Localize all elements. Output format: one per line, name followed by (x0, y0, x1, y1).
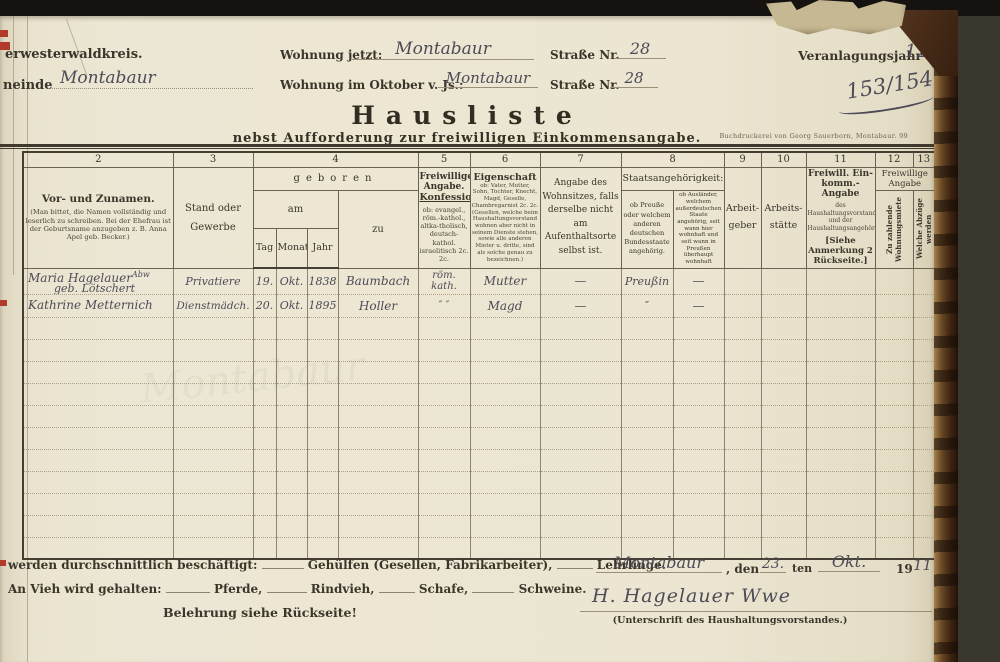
col-number: 13 (913, 152, 934, 167)
table-cell-empty (673, 383, 724, 405)
table-cell-empty (276, 427, 307, 449)
table-cell-empty (724, 471, 761, 493)
cell-miete (875, 294, 913, 317)
table-cell-empty (307, 405, 338, 427)
table-cell-empty (307, 449, 338, 471)
cell-abzuege (913, 268, 934, 294)
municipality-label: neinde (3, 78, 52, 93)
table-row-empty (23, 339, 934, 361)
table-cell-empty (418, 449, 470, 471)
table-cell-empty (724, 493, 761, 515)
einkommen-note: des Haushaltungsvorstandes und der Haush… (808, 202, 874, 232)
signature-line (580, 611, 932, 612)
table-cell-empty (23, 449, 173, 471)
signature-label: (Unterschrift des Haushaltungsvorstandes… (580, 615, 880, 626)
signature-value: H. Hagelauer Wwe (592, 585, 791, 607)
table-cell-empty (470, 383, 540, 405)
table-cell-empty (253, 449, 276, 471)
table-cell-empty (276, 493, 307, 515)
table-row-empty (23, 537, 934, 559)
table-cell-empty (418, 383, 470, 405)
names-note: (Man bittet, die Namen vollständig und l… (25, 208, 172, 242)
header-miete: Zu zahlende Wohnungsmiete (875, 190, 913, 268)
table-cell-empty (724, 405, 761, 427)
konfession-line1: Freiwillige Angabe. (420, 172, 469, 192)
footer-line2-label: An Vieh wird gehalten: (8, 582, 162, 596)
footer-notice: Belehrung siehe Rückseite! (140, 605, 380, 620)
table-cell-empty (724, 361, 761, 383)
table-cell-empty (173, 339, 253, 361)
table-cell-empty (673, 471, 724, 493)
header-born-place: zu (338, 190, 418, 268)
table-cell-empty (621, 383, 673, 405)
table-cell-empty (253, 339, 276, 361)
table-cell-empty (338, 427, 418, 449)
table-cell-empty (621, 449, 673, 471)
hausliste-table: 2 3 4 5 6 7 8 9 10 11 12 13 Vor- und Zun… (22, 151, 934, 560)
table-cell-empty (806, 493, 875, 515)
table-cell-empty (23, 537, 173, 559)
date-place-value: Montabaur (596, 553, 722, 573)
table-cell-empty (307, 361, 338, 383)
table-cell-empty (761, 471, 806, 493)
cover-texture (934, 8, 958, 662)
date-ten-label: ten (792, 562, 812, 575)
table-row-empty (23, 515, 934, 537)
table-cell-empty (540, 493, 621, 515)
table-cell-empty (806, 339, 875, 361)
cell-arbeitsstaette (761, 268, 806, 294)
table-cell-empty (875, 317, 913, 339)
table-cell-empty (806, 427, 875, 449)
table-cell-empty (23, 317, 173, 339)
cell-staat2: — (673, 268, 724, 294)
blank-field (267, 583, 307, 593)
blank-field (262, 559, 304, 569)
table-cell-empty (23, 427, 173, 449)
table-cell-empty (673, 427, 724, 449)
abzuege-vertical-label: Welche Abzüge werden beansprucht? (915, 192, 935, 266)
table-cell-empty (913, 383, 934, 405)
date-day-value: 23. (760, 556, 786, 573)
table-cell-empty (913, 405, 934, 427)
eigenschaft-title: Eigenschaft (472, 172, 539, 183)
col-number: 2 (23, 152, 173, 167)
header-day: Tag (253, 228, 276, 268)
table-cell-empty (338, 317, 418, 339)
table-cell-empty (673, 515, 724, 537)
table-cell-empty (23, 339, 173, 361)
date-den-label: , den (726, 562, 759, 576)
eigenschaft-note2: (Gesellen, welche beim Haushaltungsvorst… (472, 210, 539, 264)
table-cell-empty (621, 427, 673, 449)
table-cell-empty (470, 493, 540, 515)
table-cell-empty (470, 317, 540, 339)
header-eigenschaft: Eigenschaft ob: Vater, Mutter, Sohn, Toc… (470, 167, 540, 268)
cell-staat1: ″ (621, 294, 673, 317)
table-cell-empty (621, 317, 673, 339)
cell-day: 20. (253, 294, 276, 317)
table-cell-empty (913, 317, 934, 339)
table-body: Maria HagelauerAbw geb. Lötschert Privat… (23, 268, 934, 559)
cell-month: Okt. (276, 294, 307, 317)
table-cell-empty (418, 317, 470, 339)
street-value-2: 28 (610, 69, 658, 88)
cell-konfession: ″ ″ (418, 294, 470, 317)
table-cell-empty (173, 383, 253, 405)
table-cell-empty (724, 383, 761, 405)
table-cell-empty (540, 427, 621, 449)
table-cell-empty (540, 383, 621, 405)
blank-field (166, 583, 210, 593)
table-cell-empty (673, 317, 724, 339)
name-annotation: Abw (132, 270, 150, 279)
header-arbeitsstaette: Arbeits-stätte (761, 167, 806, 268)
table-cell-empty (540, 405, 621, 427)
table-cell-empty (276, 383, 307, 405)
table-cell-empty (253, 471, 276, 493)
table-row-empty (23, 449, 934, 471)
footer-line2: An Vieh wird gehalten: Pferde, Rindvieh,… (8, 582, 586, 596)
name-line2: geb. Lötschert (28, 284, 173, 294)
table-cell-empty (875, 493, 913, 515)
table-cell-empty (913, 493, 934, 515)
table-cell-empty (418, 427, 470, 449)
cell-arbeitgeber (724, 294, 761, 317)
table-cell-empty (253, 383, 276, 405)
konfession-note: ob: evangel., röm.-kathol., altka-tholis… (420, 206, 469, 264)
column-number-row: 2 3 4 5 6 7 8 9 10 11 12 13 (23, 152, 934, 167)
table-cell-empty (875, 361, 913, 383)
col-number: 5 (418, 152, 470, 167)
table-cell-empty (724, 427, 761, 449)
table-row-empty (23, 383, 934, 405)
street-label-1: Straße Nr. (550, 48, 620, 62)
header-abzuege: Welche Abzüge werden beansprucht? (913, 190, 934, 268)
header-freiwillige-group: Freiwillige Angabe (875, 167, 934, 190)
table-cell-empty (761, 427, 806, 449)
header-row-groups: Vor- und Zunamen. (Man bittet, die Namen… (23, 167, 934, 190)
table-cell-empty (540, 471, 621, 493)
street-value-1: 28 (614, 39, 666, 59)
table-cell-empty (875, 449, 913, 471)
table-cell-empty (470, 361, 540, 383)
table-cell-empty (418, 339, 470, 361)
table-cell-empty (253, 493, 276, 515)
table-cell-empty (276, 317, 307, 339)
table-row-empty (23, 405, 934, 427)
table-row-empty (23, 471, 934, 493)
cell-place: Holler (338, 294, 418, 317)
header-staat-sub2: ob Ausländer, welchem außerdeutschen Sta… (673, 190, 724, 268)
table-cell-empty (913, 471, 934, 493)
table-cell-empty (673, 405, 724, 427)
table-cell-empty (724, 515, 761, 537)
book-cover-edge (934, 8, 958, 662)
cell-eigenschaft: Mutter (470, 268, 540, 294)
blank-field (379, 583, 415, 593)
table-row-entry: Kathrine Metternich Dienstmädch. 20. Okt… (23, 294, 934, 317)
table-cell-empty (253, 317, 276, 339)
table-cell-empty (418, 537, 470, 559)
col-number: 3 (173, 152, 253, 167)
table-cell-empty (806, 383, 875, 405)
header-wohnsitz: Angabe des Wohnsitzes, falls derselbe ni… (540, 167, 621, 268)
table-cell-empty (276, 361, 307, 383)
footer-line2-item1: Pferde, (214, 582, 262, 596)
table-cell-empty (761, 339, 806, 361)
col-number: 4 (253, 152, 418, 167)
cell-konfession: röm. kath. (418, 268, 470, 294)
table-cell-empty (307, 471, 338, 493)
header-month: Monat (276, 228, 307, 268)
table-cell-empty (875, 471, 913, 493)
cell-staat2: — (673, 294, 724, 317)
table-cell-empty (173, 361, 253, 383)
table-cell-empty (806, 515, 875, 537)
cell-place: Baumbach (338, 268, 418, 294)
table-cell-empty (470, 339, 540, 361)
col-number: 7 (540, 152, 621, 167)
table-cell-empty (276, 471, 307, 493)
table-cell-empty (470, 471, 540, 493)
table-cell-empty (470, 537, 540, 559)
col-number: 6 (470, 152, 540, 167)
col-number: 9 (724, 152, 761, 167)
table-cell-empty (253, 405, 276, 427)
date-month-value: Okt. (818, 552, 880, 572)
cell-arbeitgeber (724, 268, 761, 294)
eigenschaft-note1: ob: Vater, Mutter, Sohn, Tochter, Knecht… (472, 183, 539, 210)
table-cell-empty (418, 515, 470, 537)
table-cell-empty (173, 471, 253, 493)
table-cell-empty (470, 405, 540, 427)
header-staat-title: Staatsangehörigkeit: (621, 167, 724, 190)
archive-red-mark (0, 30, 8, 37)
table-cell-empty (173, 427, 253, 449)
table-cell-empty (276, 515, 307, 537)
table-cell-empty (276, 339, 307, 361)
table-cell-empty (173, 449, 253, 471)
table-cell-empty (761, 493, 806, 515)
table-row-empty (23, 427, 934, 449)
table-cell-empty (806, 317, 875, 339)
table-cell-empty (276, 449, 307, 471)
cell-eigenschaft: Magd (470, 294, 540, 317)
district-label: erwesterwaldkreis. (5, 47, 143, 62)
footer-line2-item3: Schafe, (419, 582, 468, 596)
residence-october-value: Montabaur (438, 69, 538, 88)
table-cell-empty (470, 449, 540, 471)
header-arbeitgeber: Arbeit-geber (724, 167, 761, 268)
footer-line1-mid: Gehülfen (Gesellen, Fabrikarbeiter), (308, 558, 553, 572)
table-cell-empty (23, 383, 173, 405)
cell-name: Maria HagelauerAbw geb. Lötschert (23, 268, 173, 294)
cell-abzuege (913, 294, 934, 317)
table-row-empty (23, 361, 934, 383)
table-cell-empty (621, 339, 673, 361)
col-number: 12 (875, 152, 913, 167)
table-cell-empty (338, 471, 418, 493)
cell-day: 19. (253, 268, 276, 294)
table-cell-empty (338, 493, 418, 515)
table-row-entry: Maria HagelauerAbw geb. Lötschert Privat… (23, 268, 934, 294)
footer-line1: werden durchschnittlich beschäftigt: Geh… (8, 558, 666, 572)
table-cell-empty (253, 427, 276, 449)
cell-year: 1838 (307, 268, 338, 294)
cell-stand: Dienstmädch. (173, 294, 253, 317)
einkommen-title1: Freiwill. Ein- (808, 169, 874, 179)
footer-line1-prefix: werden durchschnittlich beschäftigt: (8, 558, 257, 572)
table-cell-empty (673, 361, 724, 383)
table-cell-empty (913, 361, 934, 383)
municipality-value: Montabaur (48, 68, 253, 89)
col-number: 8 (621, 152, 724, 167)
date-year-label: 19 (896, 562, 913, 576)
table-cell-empty (540, 515, 621, 537)
table-cell-empty (724, 537, 761, 559)
table-cell-empty (673, 493, 724, 515)
table-cell-empty (540, 317, 621, 339)
table-cell-empty (673, 449, 724, 471)
residence-now-value: Montabaur (352, 39, 534, 60)
cell-einkommen (806, 294, 875, 317)
header-names: Vor- und Zunamen. (Man bittet, die Namen… (23, 167, 173, 268)
archive-red-mark (0, 42, 10, 50)
name-line1: Kathrine Metternich (28, 300, 173, 311)
table-cell-empty (540, 339, 621, 361)
table-cell-empty (276, 405, 307, 427)
table-cell-empty (23, 515, 173, 537)
table-cell-empty (761, 449, 806, 471)
col-number: 10 (761, 152, 806, 167)
archive-red-mark (0, 300, 7, 306)
divider-rule-thick (0, 144, 934, 147)
miete-vertical-label: Zu zahlende Wohnungsmiete (885, 192, 903, 266)
header-born-am: am (253, 190, 338, 228)
einkommen-title2: komm.-Angabe (808, 179, 874, 199)
table-cell-empty (724, 317, 761, 339)
names-title: Vor- und Zunamen. (25, 193, 172, 205)
table-cell-empty (307, 515, 338, 537)
table-cell-empty (875, 537, 913, 559)
table-cell-empty (540, 361, 621, 383)
table-cell-empty (761, 317, 806, 339)
table-cell-empty (338, 515, 418, 537)
table-cell-empty (621, 493, 673, 515)
table-cell-empty (761, 405, 806, 427)
table-cell-empty (307, 537, 338, 559)
cell-month: Okt. (276, 268, 307, 294)
table-cell-empty (418, 493, 470, 515)
table-cell-empty (23, 405, 173, 427)
table-cell-empty (23, 493, 173, 515)
table-cell-empty (307, 427, 338, 449)
cell-arbeitsstaette (761, 294, 806, 317)
table-cell-empty (276, 537, 307, 559)
table-row-empty (23, 317, 934, 339)
table-cell-empty (621, 515, 673, 537)
printer-imprint: Buchdruckerei von Georg Sauerborn, Monta… (719, 132, 908, 140)
header-born-group: geboren (253, 167, 418, 190)
table-cell-empty (913, 449, 934, 471)
residence-october-label: Wohnung im Oktober v. Js.: (280, 78, 463, 92)
cell-staat1: Preußin (621, 268, 673, 294)
table-cell-empty (173, 493, 253, 515)
table-cell-empty (875, 383, 913, 405)
cell-einkommen (806, 268, 875, 294)
table-row-empty (23, 493, 934, 515)
header-einkommen: Freiwill. Ein- komm.-Angabe des Haushalt… (806, 167, 875, 268)
table-cell-empty (875, 515, 913, 537)
header-konfession: Freiwillige Angabe. Konfession: ob: evan… (418, 167, 470, 268)
table-cell-empty (875, 427, 913, 449)
footer-line2-item4: Schweine. (519, 582, 587, 596)
table-cell-empty (418, 361, 470, 383)
date-year-value: 11 (913, 556, 932, 574)
form-title: Hausliste (0, 101, 934, 130)
table-cell-empty (307, 383, 338, 405)
header-stand: Stand oder Gewerbe (173, 167, 253, 268)
table-cell-empty (418, 405, 470, 427)
table-cell-empty (724, 449, 761, 471)
table-cell-empty (253, 515, 276, 537)
table-cell-empty (806, 449, 875, 471)
divider-rule-thin (0, 148, 934, 149)
cell-miete (875, 268, 913, 294)
table-cell-empty (173, 515, 253, 537)
table-cell-empty (875, 339, 913, 361)
table-cell-empty (173, 405, 253, 427)
table-cell-empty (761, 361, 806, 383)
cell-wohnsitz: — (540, 268, 621, 294)
table-cell-empty (806, 361, 875, 383)
cell-wohnsitz: — (540, 294, 621, 317)
blank-field (557, 559, 593, 569)
table-cell-empty (307, 339, 338, 361)
footer-line2-item2: Rindvieh, (311, 582, 375, 596)
table-cell-empty (307, 493, 338, 515)
table-cell-empty (418, 471, 470, 493)
table-cell-empty (338, 537, 418, 559)
table-cell-empty (338, 339, 418, 361)
table-cell-empty (338, 361, 418, 383)
table-cell-empty (338, 449, 418, 471)
table-cell-empty (806, 405, 875, 427)
cell-stand: Privatiere (173, 268, 253, 294)
table-cell-empty (338, 405, 418, 427)
table-cell-empty (470, 427, 540, 449)
document-page: Montabaur erwesterwaldkreis. Wohnung jet… (0, 15, 934, 662)
photo-stage: Montabaur erwesterwaldkreis. Wohnung jet… (0, 0, 1000, 662)
konfession-line2: Konfession: (420, 192, 469, 203)
table-cell-empty (875, 405, 913, 427)
table-cell-empty (673, 339, 724, 361)
table-cell-empty (23, 471, 173, 493)
table-cell-empty (173, 537, 253, 559)
table-cell-empty (724, 339, 761, 361)
table-cell-empty (23, 361, 173, 383)
table-cell-empty (621, 471, 673, 493)
table-cell-empty (253, 361, 276, 383)
table-cell-empty (913, 339, 934, 361)
header-year: Jahr (307, 228, 338, 268)
table-header: 2 3 4 5 6 7 8 9 10 11 12 13 Vor- und Zun… (23, 152, 934, 268)
table-cell-empty (173, 317, 253, 339)
table-cell-empty (621, 405, 673, 427)
col-number: 11 (806, 152, 875, 167)
table-cell-empty (253, 537, 276, 559)
